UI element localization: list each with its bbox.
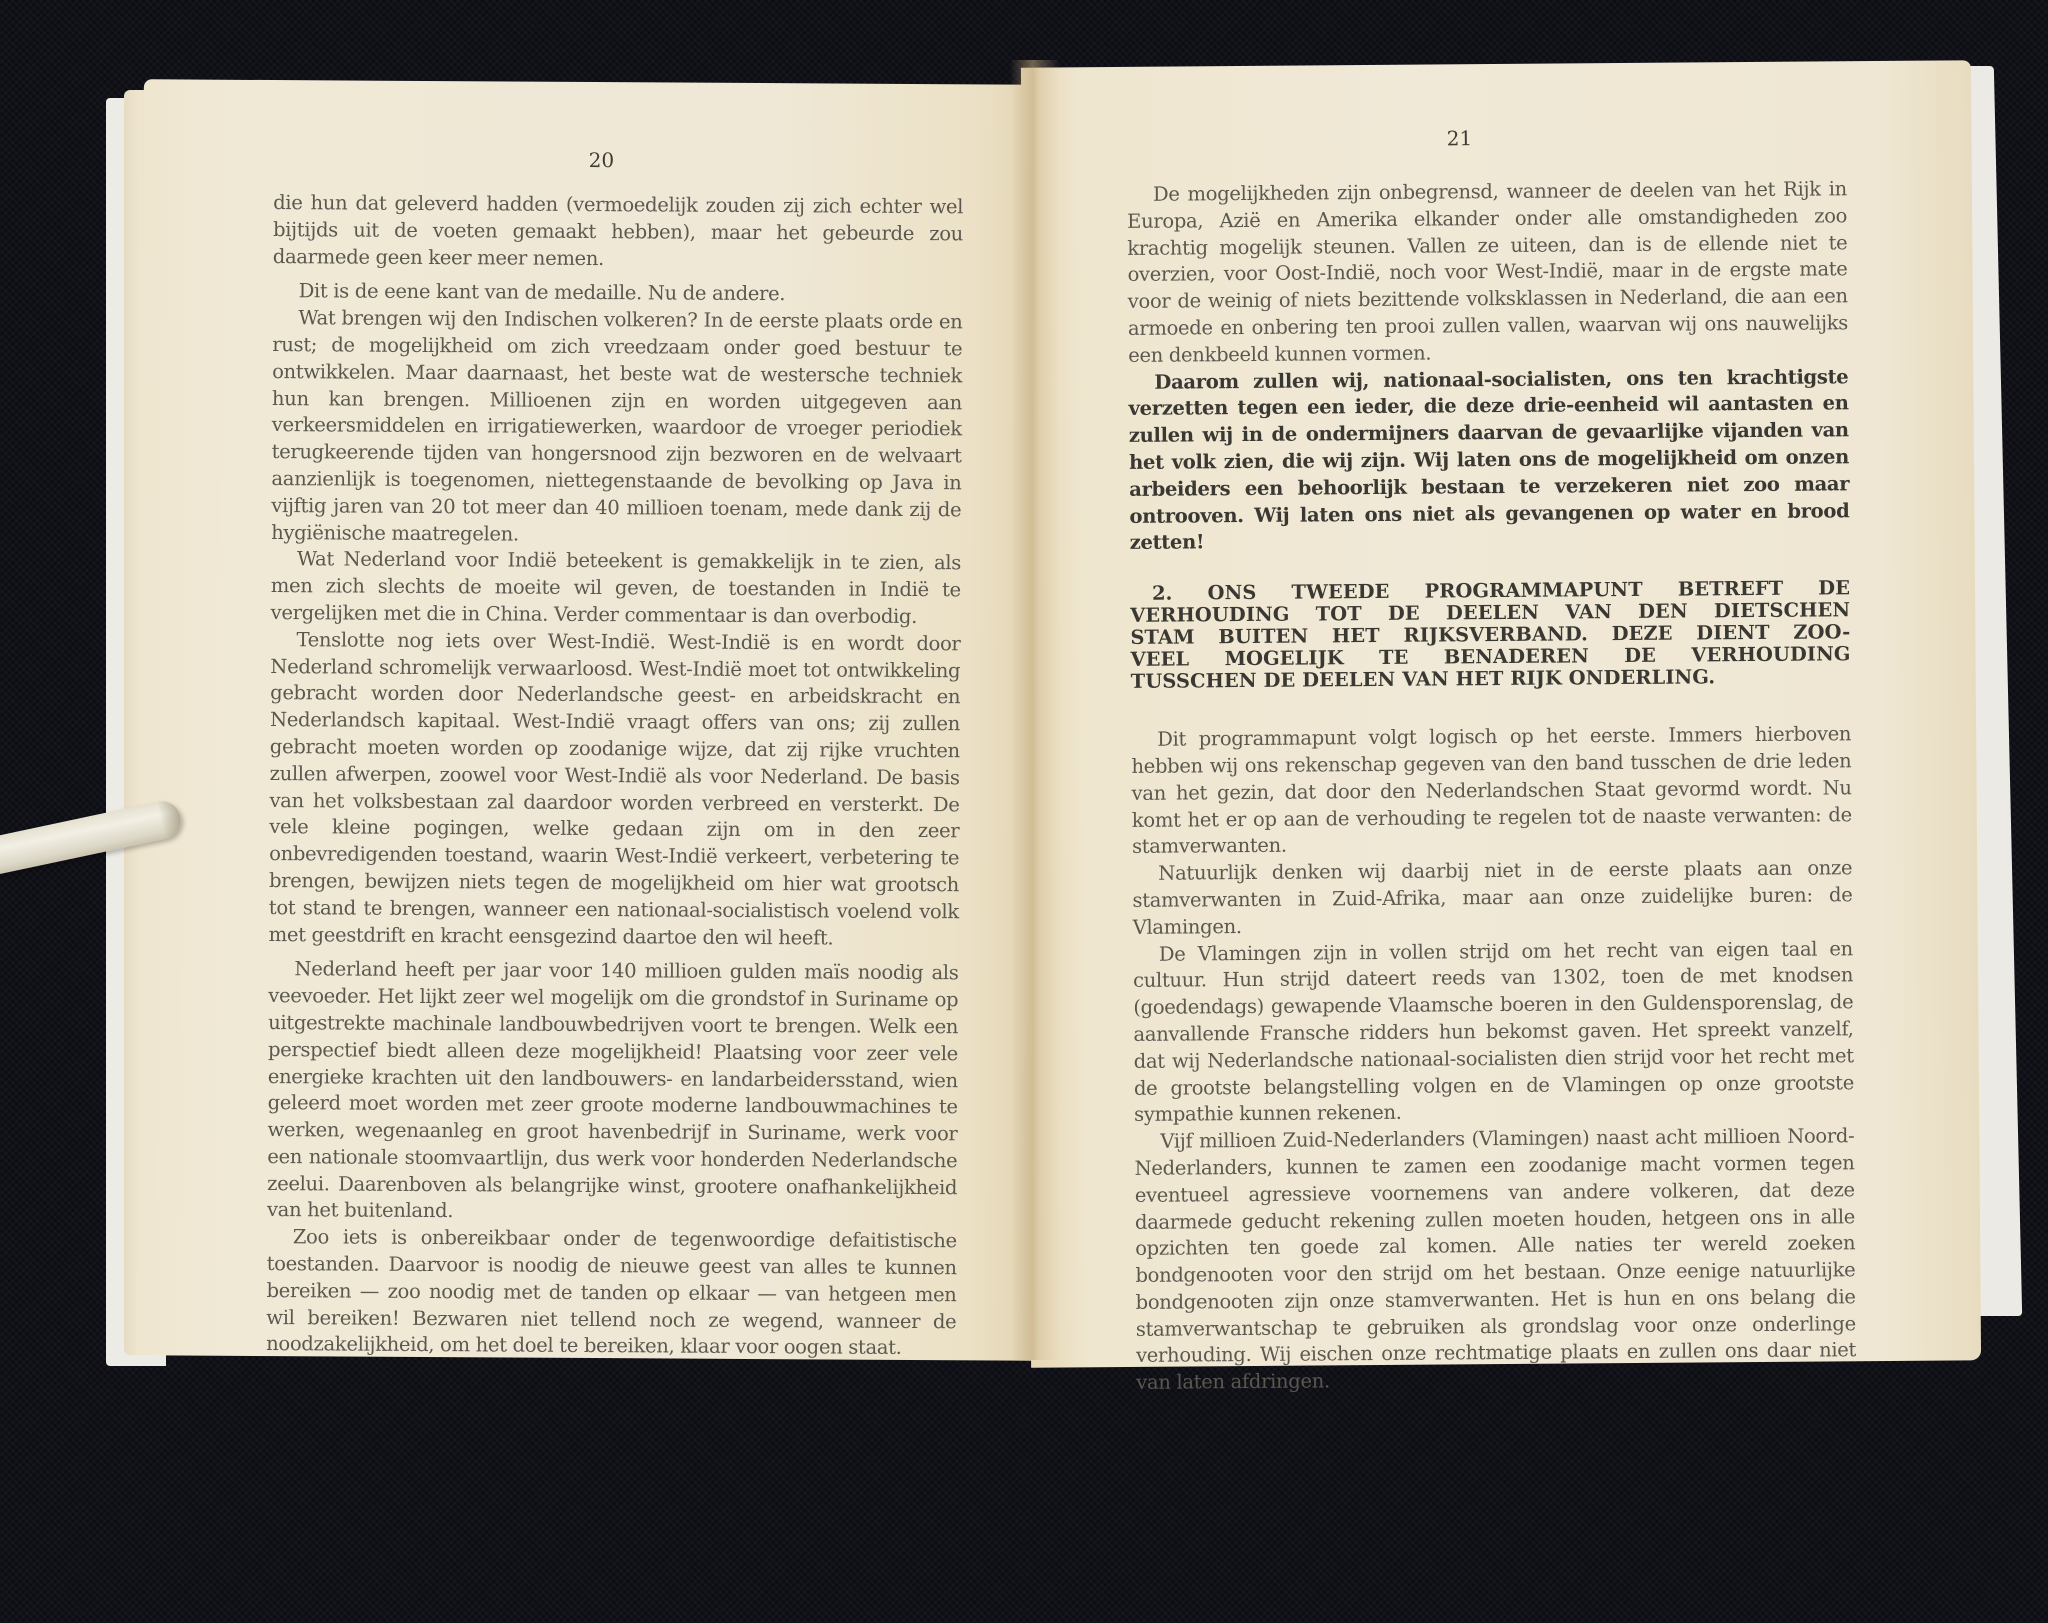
paragraph: die hun dat geleverd hadden (vermoedelij… [273,190,963,275]
heading-line: TUSSCHEN DE DEELEN VAN HET RIJK ONDERLIN… [1131,665,1851,693]
bold-paragraph: Daarom zullen wij, nationaal-socialisten… [1128,364,1849,557]
paragraph: Tenslotte nog iets over West-Indië. West… [269,627,961,953]
page-number-left: 20 [571,148,631,172]
right-page: 21 De mogelijkheden zijn onbegrensd, wan… [1021,60,1981,1367]
paragraph: De mogelijkheden zijn onbegrensd, wannee… [1127,176,1848,369]
paragraph: Zoo iets is onbereikbaar onder de tegenw… [266,1224,957,1362]
paragraph: Vijf millioen Zuid-Nederlanders (Vlaming… [1134,1123,1856,1397]
open-booklet: 20 die hun dat geleverd hadden (vermoede… [0,0,2048,1623]
right-page-body: De mogelijkheden zijn onbegrensd, wannee… [1127,176,1857,1397]
paragraph: De Vlamingen zijn in vollen strijd om he… [1133,936,1854,1129]
left-page: 20 die hun dat geleverd hadden (vermoede… [136,79,1044,1360]
paragraph: Dit programmapunt volgt logisch op het e… [1131,721,1852,861]
section-heading: 2. ONS TWEEDE PROGRAMMAPUNT BETREFT DE V… [1130,577,1851,693]
page-number-right: 21 [1429,126,1489,150]
paragraph: Dit is de eene kant van de medaille. Nu … [273,278,963,309]
left-page-body: die hun dat geleverd hadden (vermoedelij… [266,190,963,1362]
paragraph: Wat brengen wij den Indischen volkeren? … [271,305,962,550]
paragraph: Nederland heeft per jaar voor 140 millio… [267,956,959,1228]
paragraph: Wat Nederland voor Indië beteekent is ge… [271,546,961,631]
paragraph: Natuurlijk denken wij daarbij niet in de… [1132,855,1853,941]
